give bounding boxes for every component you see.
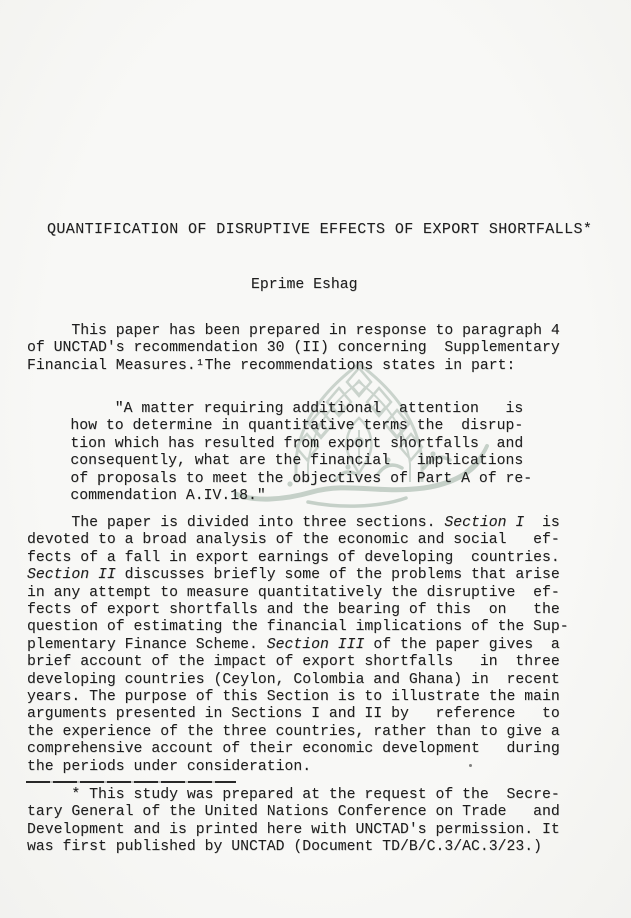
author-name: Eprime Eshag xyxy=(251,277,358,294)
footnote-separator xyxy=(26,781,236,783)
intro-paragraph: This paper has been prepared in response… xyxy=(27,323,560,375)
overview-paragraph: The paper is divided into three sections… xyxy=(27,515,569,776)
scan-speck xyxy=(469,764,472,767)
recommendation-quote: "A matter requiring additional attention… xyxy=(26,401,532,505)
footnote-paragraph: * This study was prepared at the request… xyxy=(27,787,560,857)
document-title: QUANTIFICATION OF DISRUPTIVE EFFECTS OF … xyxy=(47,221,592,238)
scanned-document-page: QUANTIFICATION OF DISRUPTIVE EFFECTS OF … xyxy=(0,0,631,918)
